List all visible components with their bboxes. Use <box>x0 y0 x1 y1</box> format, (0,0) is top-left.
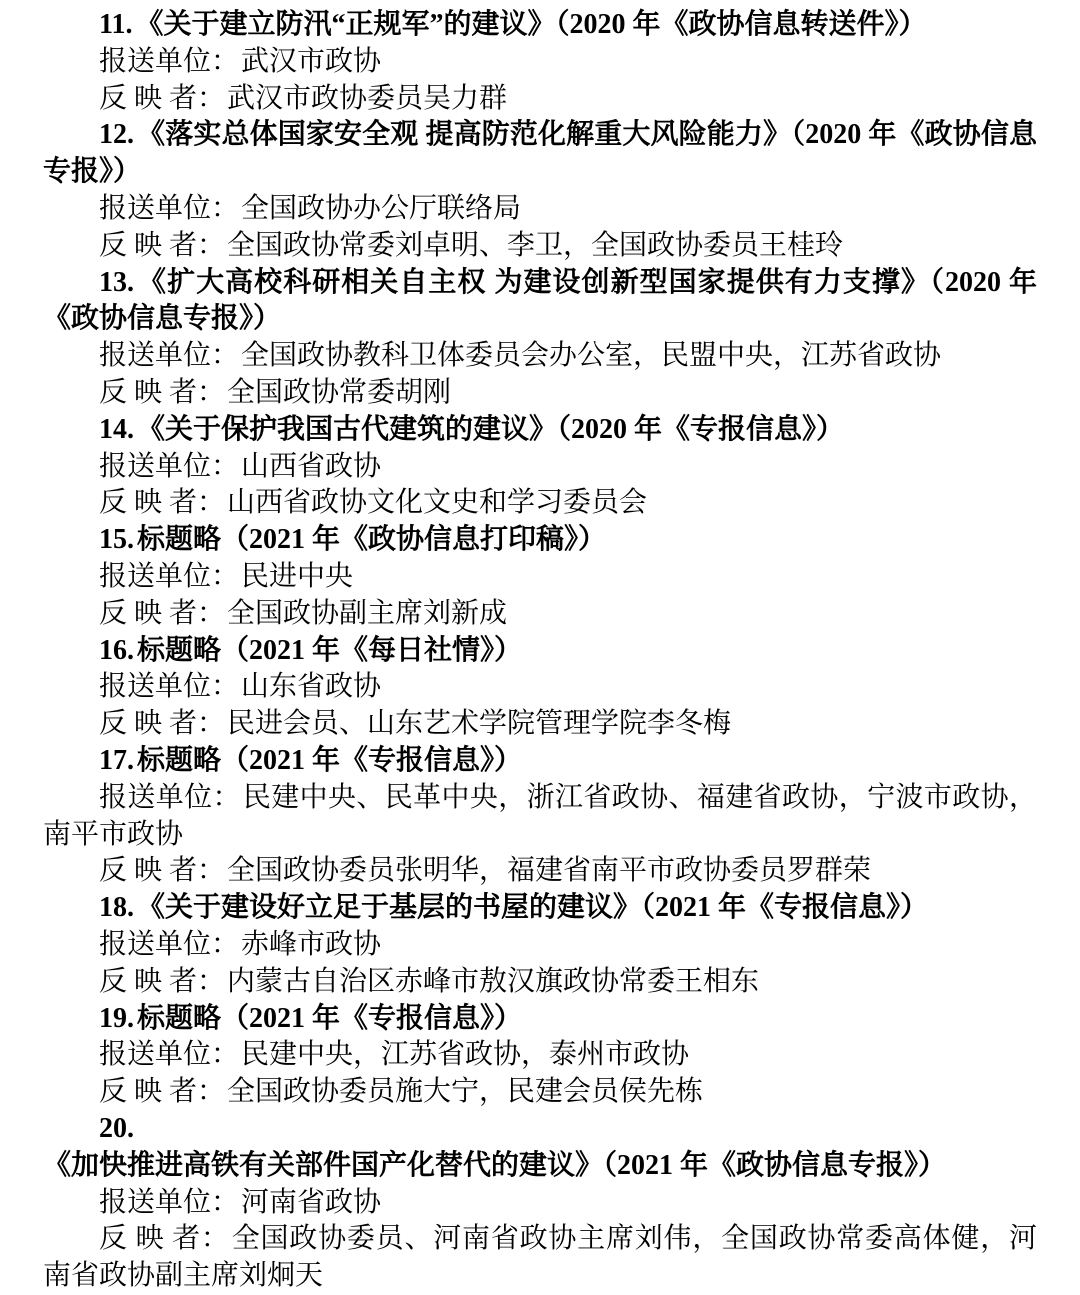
entry-title: 18.《关于建设好立足于基层的书屋的建议》（2021 年《专报信息》） <box>43 890 1037 927</box>
reporter-value: 全国政协副主席刘新成 <box>227 598 507 629</box>
submitter-label: 报送单位： <box>99 671 241 702</box>
submitter-value: 全国政协教科卫体委员会办公室，民盟中央，江苏省政协 <box>241 340 941 371</box>
submitter-value: 民进中央 <box>241 561 353 592</box>
submitter-label: 报送单位： <box>99 46 241 77</box>
reporter-value: 全国政协委员施大宁，民建会员侯先栋 <box>227 1076 703 1107</box>
entry-title: 19.标题略（2021 年《专报信息》） <box>43 1001 1037 1038</box>
reporter-line: 反 映 者：全国政协委员、河南省政协主席刘伟，全国政协常委高体健，河南省政协副主… <box>43 1221 1037 1295</box>
reporter-value: 民进会员、山东艺术学院管理学院李冬梅 <box>227 708 731 739</box>
reporter-value: 全国政协委员张明华，福建省南平市政协委员罗群荣 <box>227 855 871 886</box>
entry-title: 15.标题略（2021 年《政协信息打印稿》） <box>43 522 1037 559</box>
entry-18: 18.《关于建设好立足于基层的书屋的建议》（2021 年《专报信息》） 报送单位… <box>43 890 1037 1000</box>
reporter-value: 全国政协常委胡刚 <box>227 377 451 408</box>
reporter-value: 全国政协常委刘卓明、李卫，全国政协委员王桂玲 <box>227 230 843 261</box>
submitter-line: 报送单位：河南省政协 <box>43 1185 1037 1222</box>
submitter-line: 报送单位：武汉市政协 <box>43 44 1037 81</box>
submitter-value: 民建中央，江苏省政协，泰州市政协 <box>241 1039 689 1070</box>
reporter-value: 内蒙古自治区赤峰市敖汉旗政协常委王相东 <box>227 966 759 997</box>
entry-number: 18. <box>99 892 137 923</box>
entry-19: 19.标题略（2021 年《专报信息》） 报送单位：民建中央，江苏省政协，泰州市… <box>43 1001 1037 1111</box>
submitter-label: 报送单位： <box>99 782 243 813</box>
entry-16: 16.标题略（2021 年《每日社情》） 报送单位：山东省政协 反 映 者：民进… <box>43 633 1037 743</box>
submitter-line: 报送单位：全国政协教科卫体委员会办公室，民盟中央，江苏省政协 <box>43 338 1037 375</box>
entry-number: 16. <box>99 635 137 666</box>
entry-title-text: 《关于建设好立足于基层的书屋的建议》（2021 年《专报信息》） <box>137 892 928 923</box>
reporter-label: 反 映 者： <box>99 377 227 408</box>
submitter-label: 报送单位： <box>99 1039 241 1070</box>
entry-11: 11.《关于建立防汛“正规军”的建议》（2020 年《政协信息转送件》） 报送单… <box>43 7 1037 117</box>
submitter-line: 报送单位：民进中央 <box>43 559 1037 596</box>
submitter-label: 报送单位： <box>99 1187 241 1218</box>
submitter-value: 山西省政协 <box>241 451 381 482</box>
entry-title-text: 《关于建立防汛“正规军”的建议》（2020 年《政协信息转送件》） <box>135 9 926 40</box>
reporter-line: 反 映 者：全国政协常委胡刚 <box>43 375 1037 412</box>
submitter-line: 报送单位：民建中央、民革中央，浙江省政协、福建省政协，宁波市政协，南平市政协 <box>43 780 1037 854</box>
entry-number: 19. <box>99 1003 137 1034</box>
entry-14: 14.《关于保护我国古代建筑的建议》（2020 年《专报信息》） 报送单位：山西… <box>43 412 1037 522</box>
entry-number: 20. <box>99 1113 137 1144</box>
reporter-value: 山西省政协文化文史和学习委员会 <box>227 487 647 518</box>
entry-title: 13.《扩大高校科研相关自主权 为建设创新型国家提供有力支撑》（2020 年《政… <box>43 265 1037 339</box>
reporter-line: 反 映 者：全国政协副主席刘新成 <box>43 596 1037 633</box>
reporter-label: 反 映 者： <box>99 487 227 518</box>
document-page: 11.《关于建立防汛“正规军”的建议》（2020 年《政协信息转送件》） 报送单… <box>43 0 1037 1295</box>
reporter-label: 反 映 者： <box>99 1076 227 1107</box>
submitter-value: 全国政协办公厅联络局 <box>241 193 521 224</box>
reporter-line: 反 映 者：全国政协常委刘卓明、李卫，全国政协委员王桂玲 <box>43 228 1037 265</box>
reporter-line: 反 映 者：山西省政协文化文史和学习委员会 <box>43 485 1037 522</box>
entry-title: 20.《加快推进高铁有关部件国产化替代的建议》（2021 年《政协信息专报》） <box>43 1111 1037 1185</box>
submitter-value: 武汉市政协 <box>241 46 381 77</box>
entry-number: 15. <box>99 524 137 555</box>
entry-title-text: 标题略（2021 年《专报信息》） <box>137 745 522 776</box>
reporter-label: 反 映 者： <box>99 1223 232 1254</box>
submitter-value: 山东省政协 <box>241 671 381 702</box>
submitter-line: 报送单位：赤峰市政协 <box>43 927 1037 964</box>
entry-number: 14. <box>99 414 137 445</box>
submitter-label: 报送单位： <box>99 561 241 592</box>
submitter-label: 报送单位： <box>99 340 241 371</box>
entry-title: 14.《关于保护我国古代建筑的建议》（2020 年《专报信息》） <box>43 412 1037 449</box>
entry-title-text: 《落实总体国家安全观 提高防范化解重大风险能力》（2020 年《政协信息专报》） <box>43 119 1037 187</box>
reporter-label: 反 映 者： <box>99 708 227 739</box>
submitter-value: 赤峰市政协 <box>241 929 381 960</box>
entry-title-text: 标题略（2021 年《每日社情》） <box>137 635 522 666</box>
submitter-value: 河南省政协 <box>241 1187 381 1218</box>
entry-title: 16.标题略（2021 年《每日社情》） <box>43 633 1037 670</box>
entry-title-text: 标题略（2021 年《专报信息》） <box>137 1003 522 1034</box>
submitter-label: 报送单位： <box>99 193 241 224</box>
entry-title-text: 《关于保护我国古代建筑的建议》（2020 年《专报信息》） <box>137 414 844 445</box>
submitter-line: 报送单位：山西省政协 <box>43 449 1037 486</box>
entry-13: 13.《扩大高校科研相关自主权 为建设创新型国家提供有力支撑》（2020 年《政… <box>43 265 1037 412</box>
entry-number: 12. <box>99 119 137 150</box>
entry-number: 11. <box>99 9 135 40</box>
reporter-label: 反 映 者： <box>99 598 227 629</box>
reporter-label: 反 映 者： <box>99 966 227 997</box>
submitter-line: 报送单位：全国政协办公厅联络局 <box>43 191 1037 228</box>
reporter-label: 反 映 者： <box>99 83 227 114</box>
entry-title-text: 《扩大高校科研相关自主权 为建设创新型国家提供有力支撑》（2020 年《政协信息… <box>43 267 1037 335</box>
entry-12: 12.《落实总体国家安全观 提高防范化解重大风险能力》（2020 年《政协信息专… <box>43 117 1037 264</box>
entry-number: 17. <box>99 745 137 776</box>
entry-number: 13. <box>99 267 137 298</box>
entry-20: 20.《加快推进高铁有关部件国产化替代的建议》（2021 年《政协信息专报》） … <box>43 1111 1037 1295</box>
submitter-line: 报送单位：山东省政协 <box>43 669 1037 706</box>
reporter-line: 反 映 者：武汉市政协委员吴力群 <box>43 81 1037 118</box>
entry-title-text: 标题略（2021 年《政协信息打印稿》） <box>137 524 606 555</box>
submitter-label: 报送单位： <box>99 451 241 482</box>
reporter-line: 反 映 者：全国政协委员张明华，福建省南平市政协委员罗群荣 <box>43 853 1037 890</box>
reporter-line: 反 映 者：全国政协委员施大宁，民建会员侯先栋 <box>43 1074 1037 1111</box>
reporter-label: 反 映 者： <box>99 855 227 886</box>
entry-17: 17.标题略（2021 年《专报信息》） 报送单位：民建中央、民革中央，浙江省政… <box>43 743 1037 890</box>
entry-title: 17.标题略（2021 年《专报信息》） <box>43 743 1037 780</box>
entry-title-text: 《加快推进高铁有关部件国产化替代的建议》（2021 年《政协信息专报》） <box>43 1150 946 1181</box>
entry-title: 12.《落实总体国家安全观 提高防范化解重大风险能力》（2020 年《政协信息专… <box>43 117 1037 191</box>
entry-title: 11.《关于建立防汛“正规军”的建议》（2020 年《政协信息转送件》） <box>43 7 1037 44</box>
reporter-line: 反 映 者：民进会员、山东艺术学院管理学院李冬梅 <box>43 706 1037 743</box>
reporter-label: 反 映 者： <box>99 230 227 261</box>
entry-15: 15.标题略（2021 年《政协信息打印稿》） 报送单位：民进中央 反 映 者：… <box>43 522 1037 632</box>
submitter-line: 报送单位：民建中央，江苏省政协，泰州市政协 <box>43 1037 1037 1074</box>
reporter-value: 武汉市政协委员吴力群 <box>227 83 507 114</box>
submitter-label: 报送单位： <box>99 929 241 960</box>
reporter-line: 反 映 者：内蒙古自治区赤峰市敖汉旗政协常委王相东 <box>43 964 1037 1001</box>
